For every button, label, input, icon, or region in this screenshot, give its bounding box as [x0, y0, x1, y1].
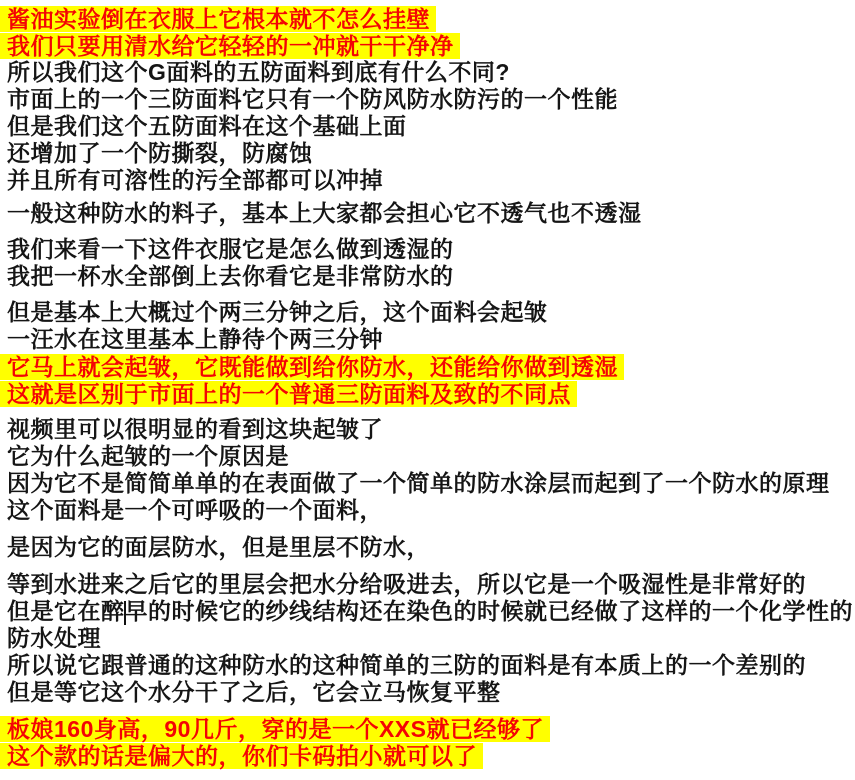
transcript-paragraph: 但是基本上大概过个两三分钟之后，这个面料会起皱一汪水在这里基本上静待个两三分钟它…: [0, 299, 855, 407]
page: { "colors": { "background": "#ffffff", "…: [0, 0, 855, 780]
text-cursor: [124, 601, 126, 625]
transcript-line: 因为它不是简简单单的在表面做了一个简单的防水涂层而起到了一个防水的原理: [0, 470, 855, 497]
line-text: 所以说它跟普通的这种防水的这种简单的三防的面料是有本质上的一个差别的: [0, 652, 806, 678]
line-text: 但是它在醉早的时候它的纱线结构还在染色的时候就已经做了这样的一个化学性的: [0, 598, 853, 624]
highlighted-transcript-line: 板娘160身高，90几斤，穿的是一个XXS就已经够了: [0, 715, 855, 742]
line-text: 酱油实验倒在衣服上它根本就不怎么挂壁: [0, 6, 436, 32]
highlighted-transcript-line: 这就是区别于市面上的一个普通三防面料及致的不同点: [0, 380, 855, 407]
line-text: 这个面料是一个可呼吸的一个面料，: [0, 497, 383, 523]
line-text: 所以我们这个G面料的五防面料到底有什么不同?: [0, 59, 510, 85]
transcript-line: 并且所有可溶性的污全部都可以冲掉: [0, 167, 855, 194]
transcript-line: 但是基本上大概过个两三分钟之后，这个面料会起皱: [0, 299, 855, 326]
transcript-line: 防水处理: [0, 625, 855, 652]
transcript-line: 一般这种防水的料子，基本上大家都会担心它不透气也不透湿: [0, 200, 855, 227]
transcript-line: 一汪水在这里基本上静待个两三分钟: [0, 326, 855, 353]
transcript-paragraph: 是因为它的面层防水，但是里层不防水，: [0, 534, 855, 561]
transcript-paragraph: 视频里可以很明显的看到这块起皱了它为什么起皱的一个原因是因为它不是简简单单的在表…: [0, 416, 855, 524]
transcript-line: 但是我们这个五防面料在这个基础上面: [0, 113, 855, 140]
line-text: 板娘160身高，90几斤，穿的是一个XXS就已经够了: [0, 716, 550, 742]
line-text: 这就是区别于市面上的一个普通三防面料及致的不同点: [0, 381, 577, 407]
line-text: 还增加了一个防撕裂，防腐蚀: [0, 140, 313, 166]
transcript-line: 但是等它这个水分干了之后，它会立马恢复平整: [0, 679, 855, 706]
line-text: 我们只要用清水给它轻轻的一冲就干干净净: [0, 33, 460, 59]
transcript-line: 但是它在醉早的时候它的纱线结构还在染色的时候就已经做了这样的一个化学性的: [0, 598, 855, 625]
transcript-paragraph: 酱油实验倒在衣服上它根本就不怎么挂壁我们只要用清水给它轻轻的一冲就干干净净: [0, 5, 855, 59]
line-text: 我们来看一下这件衣服它是怎么做到透湿的: [0, 236, 454, 262]
transcript-line: 这个面料是一个可呼吸的一个面料，: [0, 497, 855, 524]
line-text: 一汪水在这里基本上静待个两三分钟: [0, 326, 383, 352]
transcript-paragraph: 所以我们这个G面料的五防面料到底有什么不同?市面上的一个三防面料它只有一个防风防…: [0, 59, 855, 194]
line-text: 它为什么起皱的一个原因是: [0, 443, 289, 469]
transcript-paragraph: 等到水进来之后它的里层会把水分给吸进去，所以它是一个吸湿性是非常好的但是它在醉早…: [0, 571, 855, 706]
subtitle-transcript: 酱油实验倒在衣服上它根本就不怎么挂壁我们只要用清水给它轻轻的一冲就干干净净所以我…: [0, 0, 855, 780]
transcript-line: 所以我们这个G面料的五防面料到底有什么不同?: [0, 59, 855, 86]
line-text: 但是基本上大概过个两三分钟之后，这个面料会起皱: [0, 299, 548, 325]
line-text: 视频里可以很明显的看到这块起皱了: [0, 416, 383, 442]
transcript-paragraph: 板娘160身高，90几斤，穿的是一个XXS就已经够了这个款的话是偏大的，你们卡码…: [0, 715, 855, 769]
transcript-line: 市面上的一个三防面料它只有一个防风防水防污的一个性能: [0, 86, 855, 113]
transcript-line: 我把一杯水全部倒上去你看它是非常防水的: [0, 263, 855, 290]
line-text: 防水处理: [0, 625, 101, 651]
transcript-line: 是因为它的面层防水，但是里层不防水，: [0, 534, 855, 561]
line-text: 是因为它的面层防水，但是里层不防水，: [0, 534, 430, 560]
transcript-line: 我们来看一下这件衣服它是怎么做到透湿的: [0, 236, 855, 263]
transcript-line: 视频里可以很明显的看到这块起皱了: [0, 416, 855, 443]
line-text: 因为它不是简简单单的在表面做了一个简单的防水涂层而起到了一个防水的原理: [0, 470, 830, 496]
line-text: 这个款的话是偏大的，你们卡码拍小就可以了: [0, 743, 483, 769]
line-text: 并且所有可溶性的污全部都可以冲掉: [0, 167, 383, 193]
line-text: 市面上的一个三防面料它只有一个防风防水防污的一个性能: [0, 86, 618, 112]
highlighted-transcript-line: 这个款的话是偏大的，你们卡码拍小就可以了: [0, 742, 855, 769]
transcript-paragraph: 一般这种防水的料子，基本上大家都会担心它不透气也不透湿: [0, 200, 855, 227]
line-text: 等到水进来之后它的里层会把水分给吸进去，所以它是一个吸湿性是非常好的: [0, 571, 806, 597]
highlighted-transcript-line: 我们只要用清水给它轻轻的一冲就干干净净: [0, 32, 855, 59]
line-text: 我把一杯水全部倒上去你看它是非常防水的: [0, 263, 454, 289]
transcript-line: 还增加了一个防撕裂，防腐蚀: [0, 140, 855, 167]
transcript-line: 所以说它跟普通的这种防水的这种简单的三防的面料是有本质上的一个差别的: [0, 652, 855, 679]
line-text: 但是我们这个五防面料在这个基础上面: [0, 113, 407, 139]
transcript-paragraph: 我们来看一下这件衣服它是怎么做到透湿的我把一杯水全部倒上去你看它是非常防水的: [0, 236, 855, 290]
line-text: 但是等它这个水分干了之后，它会立马恢复平整: [0, 679, 501, 705]
highlighted-transcript-line: 它马上就会起皱，它既能做到给你防水，还能给你做到透湿: [0, 353, 855, 380]
line-text: 它马上就会起皱，它既能做到给你防水，还能给你做到透湿: [0, 354, 624, 380]
line-text: 一般这种防水的料子，基本上大家都会担心它不透气也不透湿: [0, 200, 642, 226]
transcript-line: 等到水进来之后它的里层会把水分给吸进去，所以它是一个吸湿性是非常好的: [0, 571, 855, 598]
transcript-line: 它为什么起皱的一个原因是: [0, 443, 855, 470]
highlighted-transcript-line: 酱油实验倒在衣服上它根本就不怎么挂壁: [0, 5, 855, 32]
